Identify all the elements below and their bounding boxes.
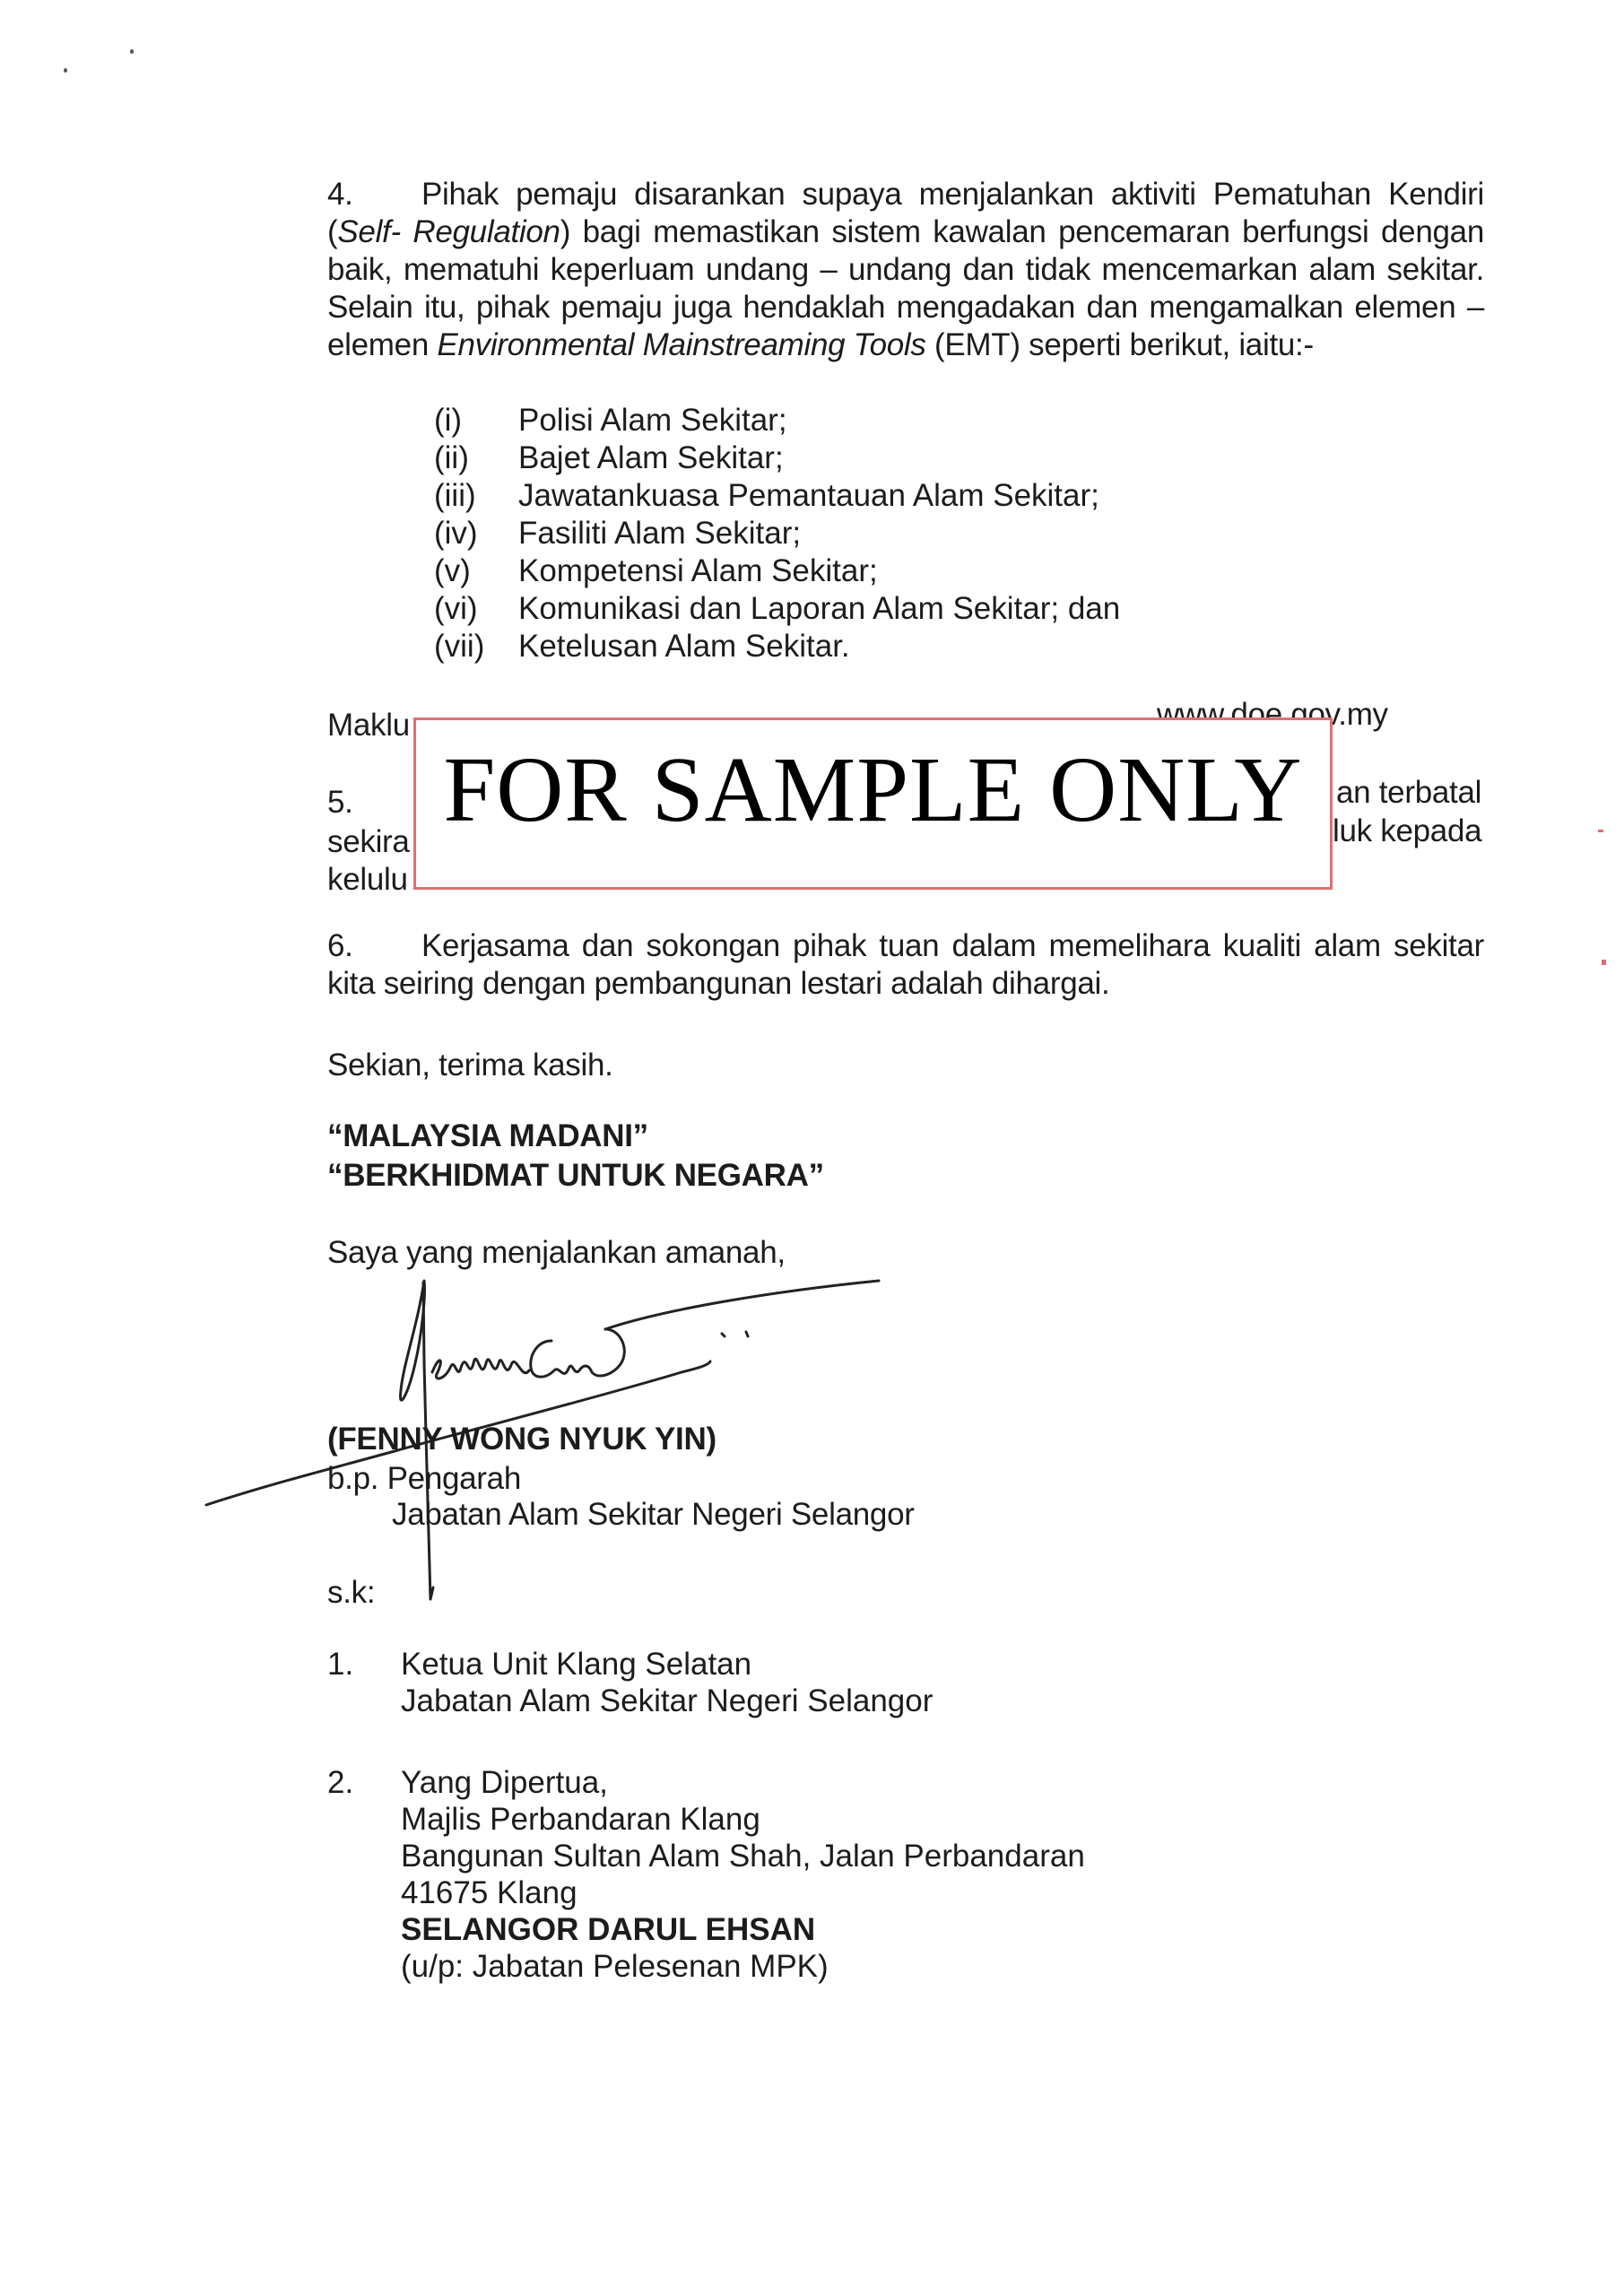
signatory-on-behalf: b.p. Pengarah	[327, 1460, 521, 1497]
list-item-text: Bajet Alam Sekitar;	[518, 440, 784, 475]
scan-speck	[130, 49, 134, 54]
closing-remark: Sekian, terima kasih.	[327, 1047, 613, 1083]
list-numeral: (iv)	[434, 515, 518, 552]
paragraph-5-line2-end: luk kepada	[1333, 813, 1481, 849]
paragraph-4-line: 4.Pihak pemaju disarankan supaya menjala…	[327, 176, 1484, 213]
list-numeral: (ii)	[434, 439, 518, 477]
emt-list-item: (ii)Bajet Alam Sekitar;	[434, 439, 1120, 477]
paragraph-4-line: Selain itu, pihak pemaju juga hendaklah …	[327, 289, 1484, 326]
paragraph-6: 6.Kerjasama dan sokongan pihak tuan dala…	[327, 927, 1484, 1003]
cc-label: s.k:	[327, 1574, 375, 1611]
motto-berkhidmat: “BERKHIDMAT UNTUK NEGARA”	[327, 1157, 824, 1194]
info-line-start: Maklu	[327, 707, 410, 744]
paragraph-6-line: kita seiring dengan pembangunan lestari …	[327, 965, 1484, 1003]
emt-list-item: (vii)Ketelusan Alam Sekitar.	[434, 628, 1120, 665]
cc-number: 1.	[327, 1646, 401, 1683]
emt-list-item: (iii)Jawatankuasa Pemantauan Alam Sekita…	[434, 477, 1120, 515]
paragraph-number: 6.	[327, 927, 421, 965]
list-numeral: (vi)	[434, 590, 518, 628]
paragraph-4-line: baik, mematuhi keperluam undang – undang…	[327, 251, 1484, 289]
signatory-name: (FENNY WONG NYUK YIN)	[327, 1421, 716, 1457]
emt-list-item: (vi)Komunikasi dan Laporan Alam Sekitar;…	[434, 590, 1120, 628]
cc-recipient-1: 1.Ketua Unit Klang Selatan Jabatan Alam …	[327, 1646, 933, 1719]
list-item-text: Jawatankuasa Pemantauan Alam Sekitar;	[518, 478, 1099, 513]
paragraph-6-line: 6.Kerjasama dan sokongan pihak tuan dala…	[327, 927, 1484, 965]
paragraph-5-line3-start: kelulu	[327, 861, 408, 898]
letter-page: 4.Pihak pemaju disarankan supaya menjala…	[0, 0, 1624, 2296]
list-item-text: Fasiliti Alam Sekitar;	[518, 516, 801, 551]
scan-speck	[64, 68, 67, 73]
emt-list-item: (i)Polisi Alam Sekitar;	[434, 402, 1120, 439]
cc-number: 2.	[327, 1764, 401, 1801]
paragraph-5-number: 5.	[327, 784, 353, 821]
motto-malaysia-madani: “MALAYSIA MADANI”	[327, 1118, 648, 1154]
list-item-text: Komunikasi dan Laporan Alam Sekitar; dan	[518, 591, 1120, 626]
emt-list-item: (iv)Fasiliti Alam Sekitar;	[434, 515, 1120, 552]
list-numeral: (iii)	[434, 477, 518, 515]
list-item-text: Ketelusan Alam Sekitar.	[518, 629, 850, 664]
paragraph-4-line: elemen Environmental Mainstreaming Tools…	[327, 326, 1484, 364]
paragraph-5-line1-end: an terbatal	[1336, 774, 1481, 811]
emt-elements-list: (i)Polisi Alam Sekitar;(ii)Bajet Alam Se…	[434, 402, 1120, 665]
list-item-text: Kompetensi Alam Sekitar;	[518, 553, 878, 588]
scan-mark	[1598, 830, 1603, 832]
cc-recipient-2: 2.Yang Dipertua, Majlis Perbandaran Klan…	[327, 1764, 1085, 1985]
sample-watermark-text: FOR SAMPLE ONLY	[416, 736, 1330, 843]
paragraph-number: 4.	[327, 176, 421, 213]
signatory-department: Jabatan Alam Sekitar Negeri Selangor	[392, 1496, 915, 1533]
paragraph-4: 4.Pihak pemaju disarankan supaya menjala…	[327, 176, 1484, 364]
list-numeral: (v)	[434, 552, 518, 590]
scan-mark	[1602, 960, 1606, 965]
paragraph-5-line2-start: sekira	[327, 823, 410, 860]
list-numeral: (i)	[434, 402, 518, 439]
emt-list-item: (v)Kompetensi Alam Sekitar;	[434, 552, 1120, 590]
list-numeral: (vii)	[434, 628, 518, 665]
list-item-text: Polisi Alam Sekitar;	[518, 403, 787, 438]
paragraph-4-line: (Self- Regulation) bagi memastikan siste…	[327, 213, 1484, 251]
sample-watermark-box: FOR SAMPLE ONLY	[413, 717, 1333, 890]
